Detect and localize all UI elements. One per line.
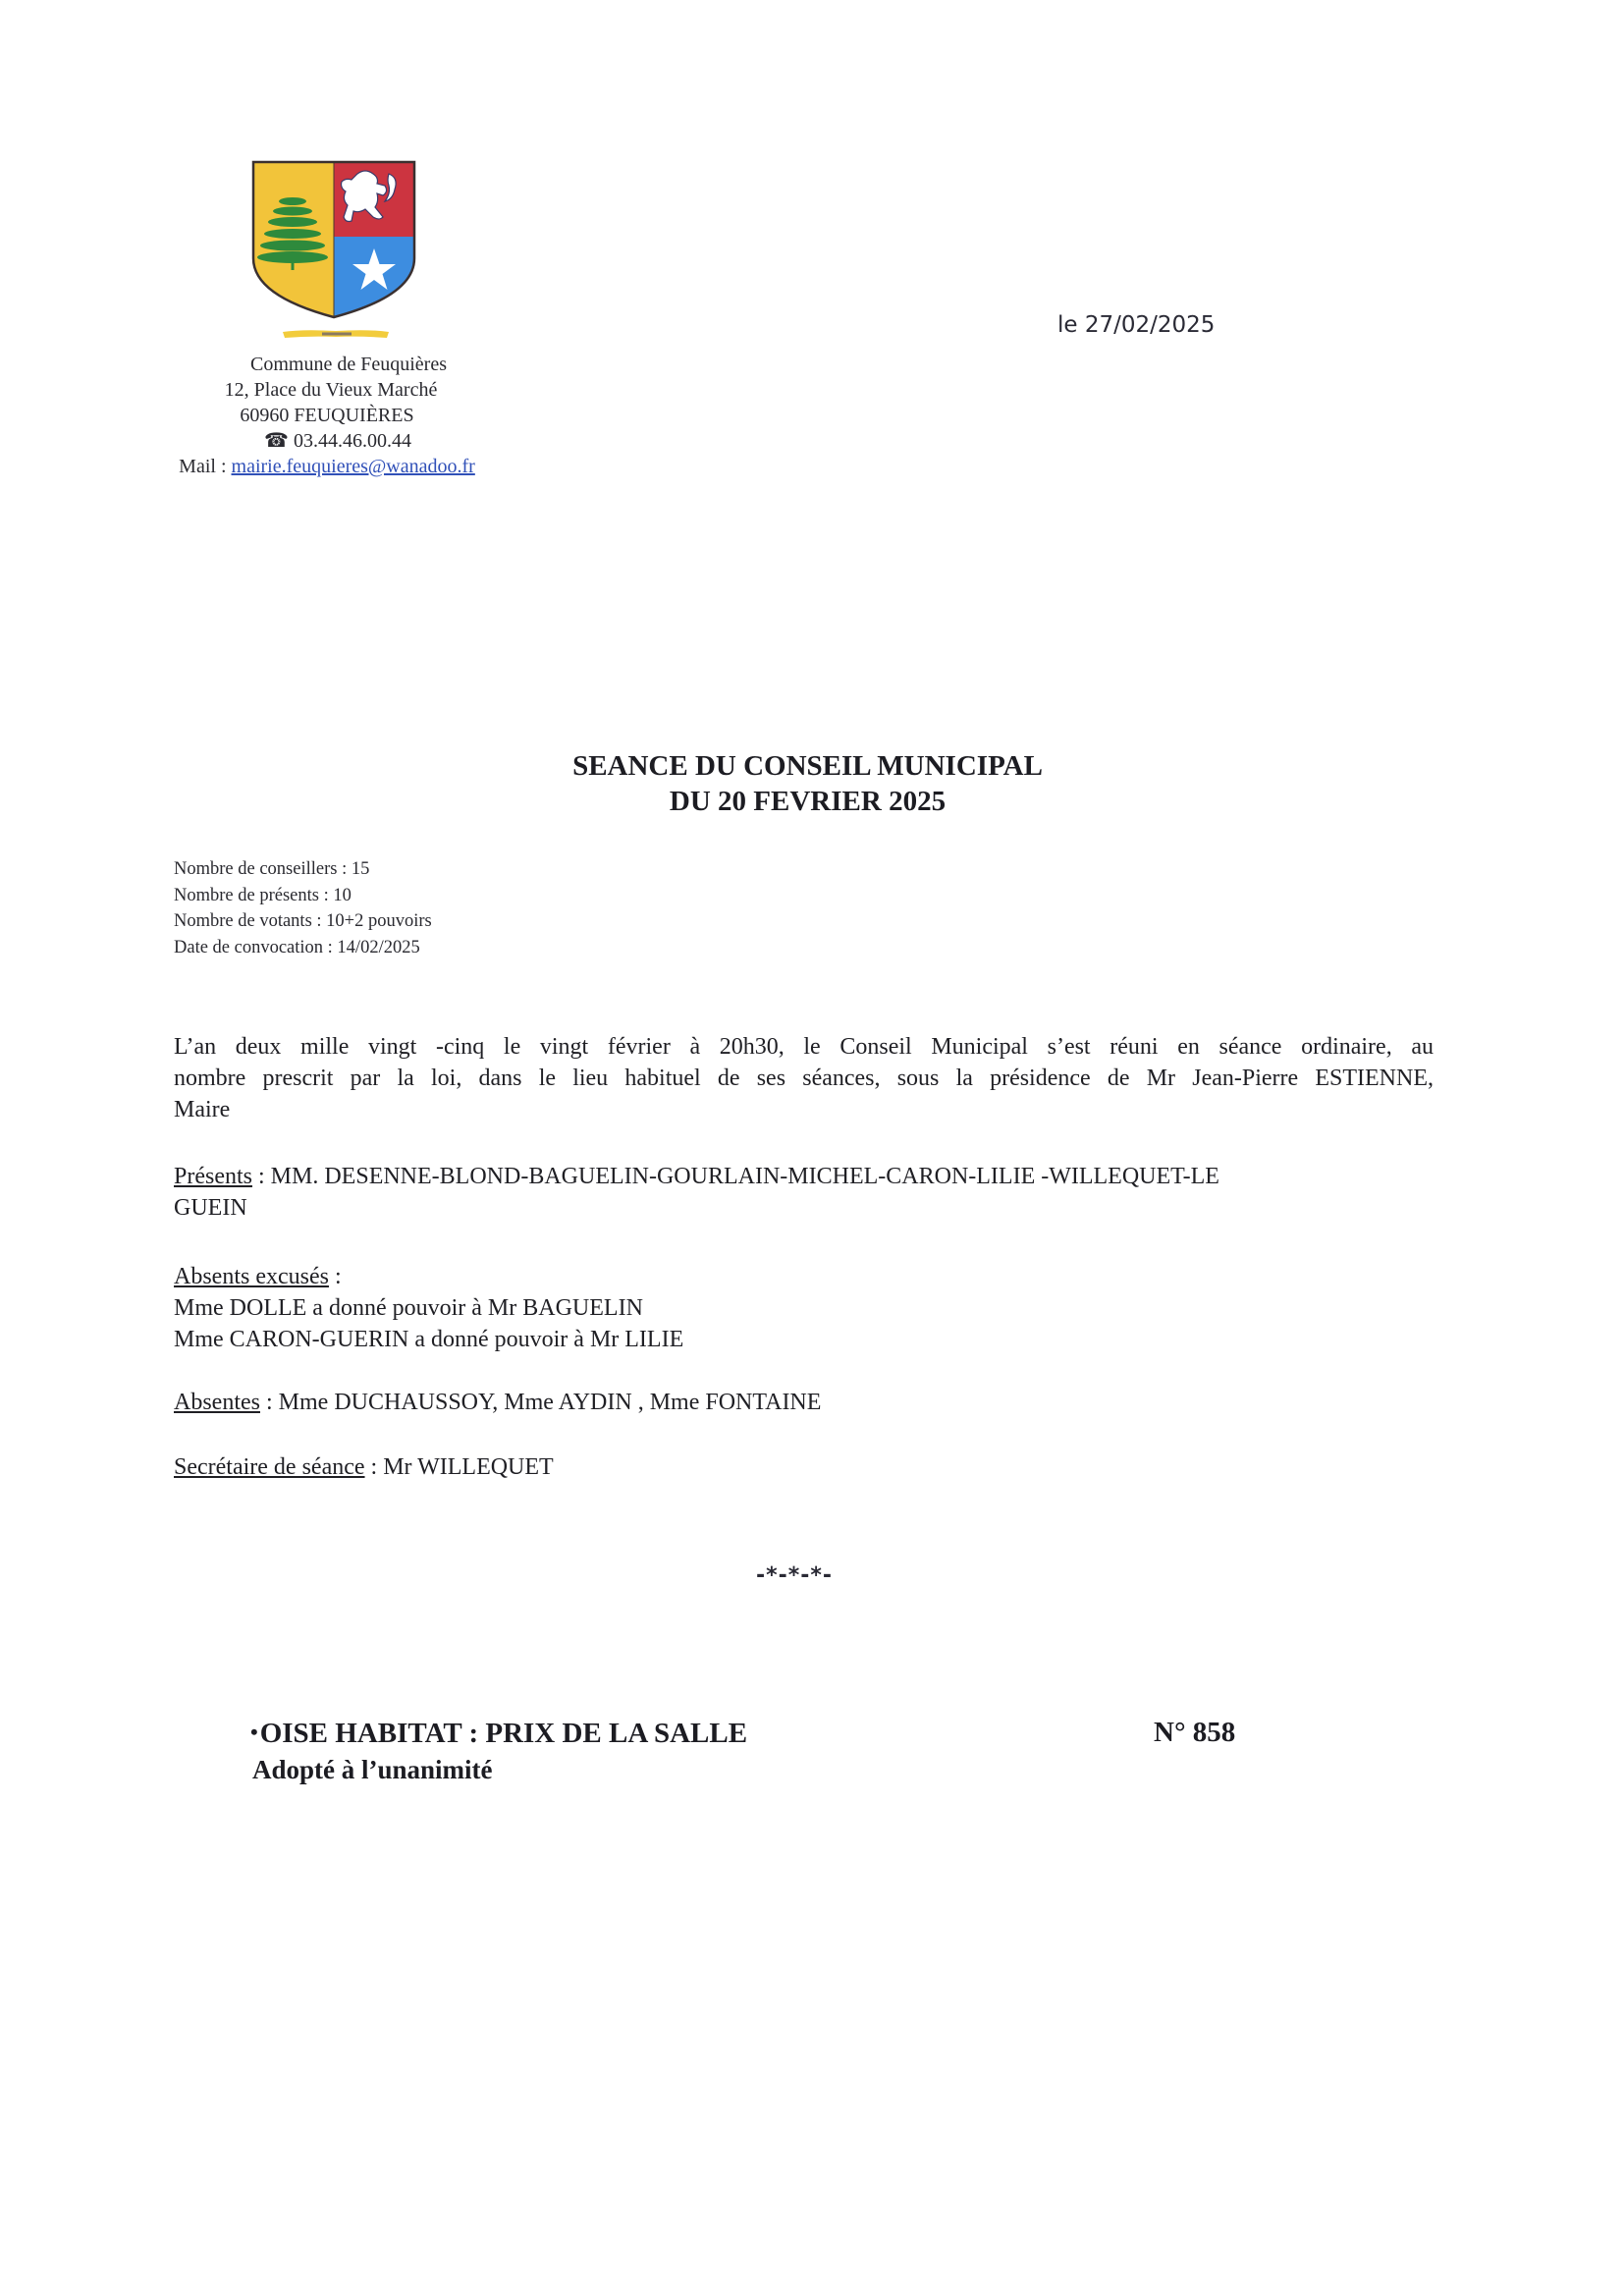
coat-of-arms-icon [251,160,416,319]
presents-line-1: Présents : MM. DESENNE-BLOND-BAGUELIN-GO… [174,1161,1434,1192]
stat-votants: Nombre de votants : 10+2 pouvoirs [174,908,432,935]
deliberation-number: N° 858 [1154,1714,1235,1751]
deliberation-title: OISE HABITAT : PRIX DE LA SALLE [260,1718,747,1749]
secretaire-section: Secrétaire de séance : Mr WILLEQUET [174,1451,1434,1483]
emblem-ribbon [283,327,389,338]
phone-number: 03.44.46.00.44 [294,430,411,452]
title-line-1: SEANCE DU CONSEIL MUNICIPAL [0,748,1624,784]
absentes-list: : Mme DUCHAUSSOY, Mme AYDIN , Mme FONTAI… [260,1390,821,1415]
phone-line: ☎ 03.44.46.00.44 [155,428,520,454]
presents-section: Présents : MM. DESENNE-BLOND-BAGUELIN-GO… [174,1161,1434,1224]
postal-city: 60960 FEUQUIÈRES [134,403,520,428]
stat-conseillers: Nombre de conseillers : 15 [174,856,432,883]
page-title: SEANCE DU CONSEIL MUNICIPAL DU 20 FEVRIE… [0,748,1624,819]
deliberation-item: •OISE HABITAT : PRIX DE LA SALLE [250,1714,747,1752]
secretaire-value: : Mr WILLEQUET [365,1454,554,1480]
ribbon-icon [283,329,389,340]
presents-line-2: GUEIN [174,1192,1434,1224]
secretaire-label: Secrétaire de séance [174,1454,365,1480]
mail-link[interactable]: mairie.feuquieres@wanadoo.fr [232,456,475,477]
title-line-2: DU 20 FEVRIER 2025 [0,784,1624,819]
deliberation-status: Adopté à l’unanimité [252,1751,493,1788]
letterhead-address: Commune de Feuquières 12, Place du Vieux… [147,352,520,479]
mail-line: Mail : mairie.feuquieres@wanadoo.fr [134,454,520,479]
mail-label: Mail : [179,456,226,477]
stat-presents: Nombre de présents : 10 [174,883,432,909]
stat-convocation: Date de convocation : 14/02/2025 [174,935,432,961]
absentes-section: Absentes : Mme DUCHAUSSOY, Mme AYDIN , M… [174,1387,1434,1418]
intro-paragraph: L’an deux mille vingt -cinq le vingt fév… [174,1031,1434,1125]
absents-excuses-colon: : [329,1264,342,1289]
section-separator: -*-*-*- [756,1563,833,1588]
street-address: 12, Place du Vieux Marché [141,377,520,403]
proxy-entry: Mme DOLLE a donné pouvoir à Mr BAGUELIN [174,1292,1434,1324]
council-stats: Nombre de conseillers : 15 Nombre de pré… [174,856,432,960]
presents-list: : MM. DESENNE-BLOND-BAGUELIN-GOURLAIN-MI… [252,1164,1219,1189]
absents-excuses-section: Absents excusés : Mme DOLLE a donné pouv… [174,1261,1434,1355]
bullet-icon: • [250,1720,258,1744]
intro-line-3: Maire [174,1094,1434,1125]
absents-excuses-heading: Absents excusés : [174,1261,1434,1292]
coat-of-arms-logo [251,160,416,319]
telephone-icon: ☎ [264,430,289,452]
commune-name: Commune de Feuquières [177,352,520,377]
intro-line-1: L’an deux mille vingt -cinq le vingt fév… [174,1031,1434,1063]
absentes-label: Absentes [174,1390,260,1415]
intro-line-2: nombre prescrit par la loi, dans le lieu… [174,1063,1434,1094]
document-date: le 27/02/2025 [1057,312,1215,338]
proxy-entry: Mme CARON-GUERIN a donné pouvoir à Mr LI… [174,1324,1434,1355]
presents-label: Présents [174,1164,252,1189]
absents-excuses-label: Absents excusés [174,1264,329,1289]
